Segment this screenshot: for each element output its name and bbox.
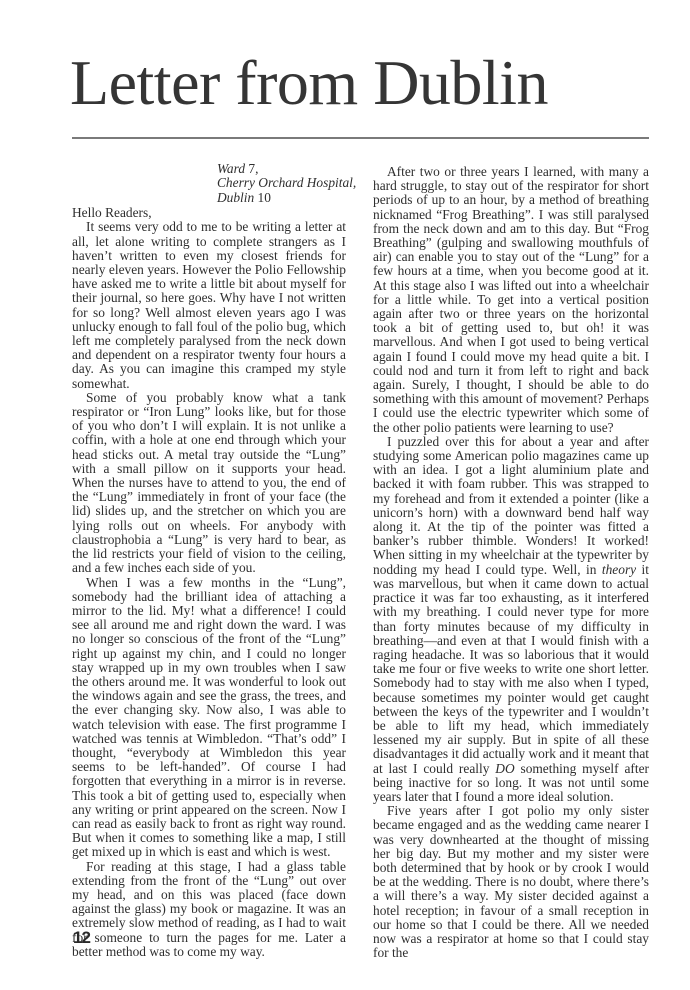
right-column: After two or three years I learned, with… [373, 165, 649, 960]
address-ward-number: 7, [245, 161, 258, 176]
paragraph-text: it was marvellous, but when it came down… [373, 562, 649, 776]
left-column: Ward 7, Cherry Orchard Hospital, Dublin … [72, 162, 346, 959]
title-rule-divider [72, 137, 649, 139]
page-number: 12 [73, 928, 90, 948]
emphasis-do: DO [495, 761, 514, 776]
body-paragraph: Some of you probably know what a tank re… [72, 391, 346, 576]
letter-address: Ward 7, Cherry Orchard Hospital, Dublin … [217, 162, 346, 205]
paragraph-text: I puzzled over this for about a year and… [373, 434, 649, 577]
address-line-ward: Ward 7, [217, 162, 346, 176]
body-paragraph: It seems very odd to me to be writing a … [72, 220, 346, 390]
address-postal-district: 10 [254, 190, 271, 205]
article-title: Letter from Dublin [70, 48, 548, 118]
body-paragraph: Five years after I got polio my only sis… [373, 804, 649, 960]
emphasis-theory: theory [602, 562, 636, 577]
body-paragraph: When I was a few months in the “Lung”, s… [72, 576, 346, 860]
body-paragraph: I puzzled over this for about a year and… [373, 435, 649, 804]
address-line-city: Dublin 10 [217, 191, 346, 205]
address-hospital: Cherry Orchard Hospital, [217, 175, 356, 190]
address-line-hospital: Cherry Orchard Hospital, [217, 176, 346, 190]
salutation: Hello Readers, [72, 206, 346, 220]
address-ward-label: Ward [217, 161, 245, 176]
body-paragraph: After two or three years I learned, with… [373, 165, 649, 435]
address-city: Dublin [217, 190, 254, 205]
body-paragraph: For reading at this stage, I had a glass… [72, 860, 346, 959]
